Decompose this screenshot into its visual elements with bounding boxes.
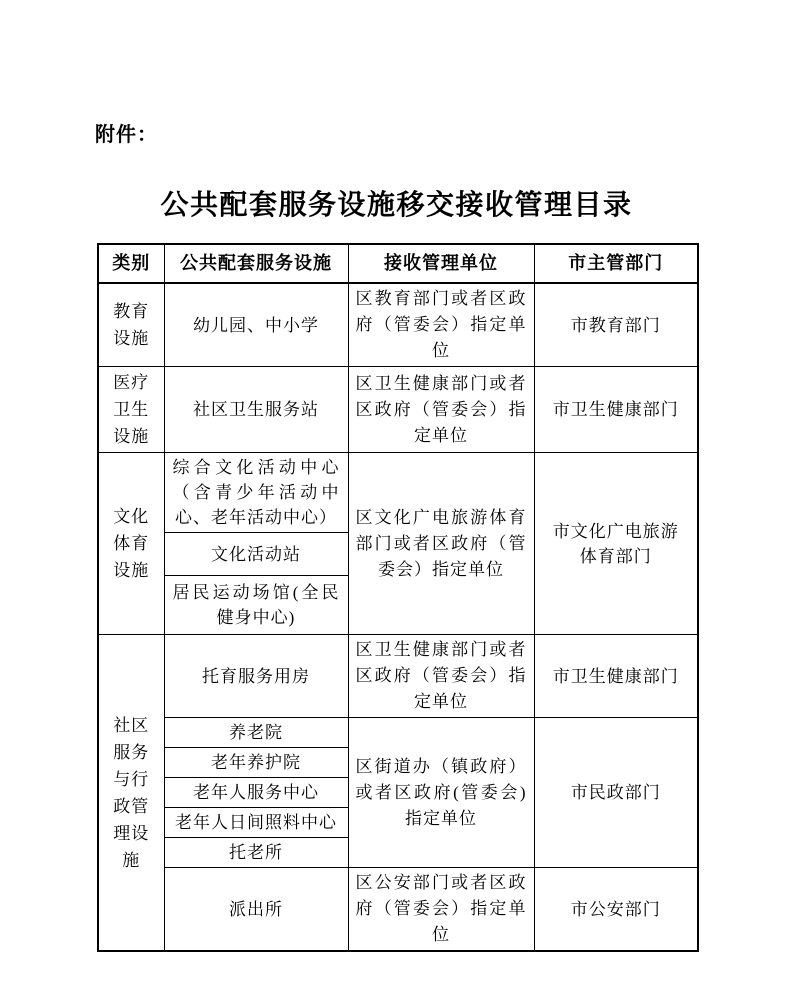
facility-cell: 幼儿园、中小学 [164, 283, 348, 367]
attachment-label: 附件： [95, 118, 158, 147]
table-row: 派出所 区公安部门或者区政府（管委会）指定单位 市公安部门 [98, 868, 698, 952]
catalog-table: 类别 公共配套服务设施 接收管理单位 市主管部门 教育设施 幼儿园、中小学 区教… [97, 243, 699, 952]
receiver-cell: 区公安部门或者区政府（管委会）指定单位 [348, 868, 534, 952]
page-title: 公共配套服务设施移交接收管理目录 [0, 183, 793, 223]
category-cell: 教育设施 [98, 283, 164, 367]
header-facility: 公共配套服务设施 [164, 244, 348, 283]
receiver-cell: 区街道办（镇政府）或者区政府(管委会) 指定单位 [348, 718, 534, 868]
receiver-cell: 区文化广电旅游体育部门或者区政府（管委会）指定单位 [348, 453, 534, 635]
category-text: 医疗卫生设施 [111, 369, 151, 450]
table-row: 教育设施 幼儿园、中小学 区教育部门或者区政府（管委会）指定单位 市教育部门 [98, 283, 698, 367]
category-cell: 文化体育设施 [98, 453, 164, 635]
department-cell: 市公安部门 [534, 868, 698, 952]
category-text: 教育设施 [111, 298, 151, 352]
header-receiver: 接收管理单位 [348, 244, 534, 283]
department-cell: 市民政部门 [534, 718, 698, 868]
department-cell: 市卫生健康部门 [534, 367, 698, 453]
facility-cell: 综合文化活动中心（含青少年活动中心、老年活动中心） [164, 453, 348, 533]
table-row: 养老院 区街道办（镇政府）或者区政府(管委会) 指定单位 市民政部门 [98, 718, 698, 748]
facility-cell: 老年人服务中心 [164, 778, 348, 808]
category-text: 文化体育设施 [111, 503, 151, 584]
facility-cell: 养老院 [164, 718, 348, 748]
facility-cell: 老年人日间照料中心 [164, 808, 348, 838]
department-cell: 市卫生健康部门 [534, 635, 698, 718]
facility-cell: 社区卫生服务站 [164, 367, 348, 453]
category-cell: 医疗卫生设施 [98, 367, 164, 453]
receiver-cell: 区卫生健康部门或者区政府（管委会）指定单位 [348, 635, 534, 718]
header-category: 类别 [98, 244, 164, 283]
facility-cell: 文化活动站 [164, 533, 348, 576]
header-department: 市主管部门 [534, 244, 698, 283]
facility-cell: 居民运动场馆(全民健身中心) [164, 576, 348, 635]
table-row: 社区服务与行政管理设施 托育服务用房 区卫生健康部门或者区政府（管委会）指定单位… [98, 635, 698, 718]
table-header-row: 类别 公共配套服务设施 接收管理单位 市主管部门 [98, 244, 698, 283]
receiver-cell: 区教育部门或者区政府（管委会）指定单位 [348, 283, 534, 367]
department-cell: 市文化广电旅游体育部门 [534, 453, 698, 635]
category-text: 社区服务与行政管理设施 [111, 712, 151, 874]
receiver-cell: 区卫生健康部门或者区政府（管委会）指定单位 [348, 367, 534, 453]
category-cell: 社区服务与行政管理设施 [98, 635, 164, 952]
facility-cell: 托老所 [164, 838, 348, 868]
facility-cell: 托育服务用房 [164, 635, 348, 718]
department-cell: 市教育部门 [534, 283, 698, 367]
table-row: 文化体育设施 综合文化活动中心（含青少年活动中心、老年活动中心） 区文化广电旅游… [98, 453, 698, 533]
facility-cell: 派出所 [164, 868, 348, 952]
facility-cell: 老年养护院 [164, 748, 348, 778]
document-page: 附件： 公共配套服务设施移交接收管理目录 类别 公共配套服务设施 接收管理单位 … [0, 0, 793, 996]
table-row: 医疗卫生设施 社区卫生服务站 区卫生健康部门或者区政府（管委会）指定单位 市卫生… [98, 367, 698, 453]
